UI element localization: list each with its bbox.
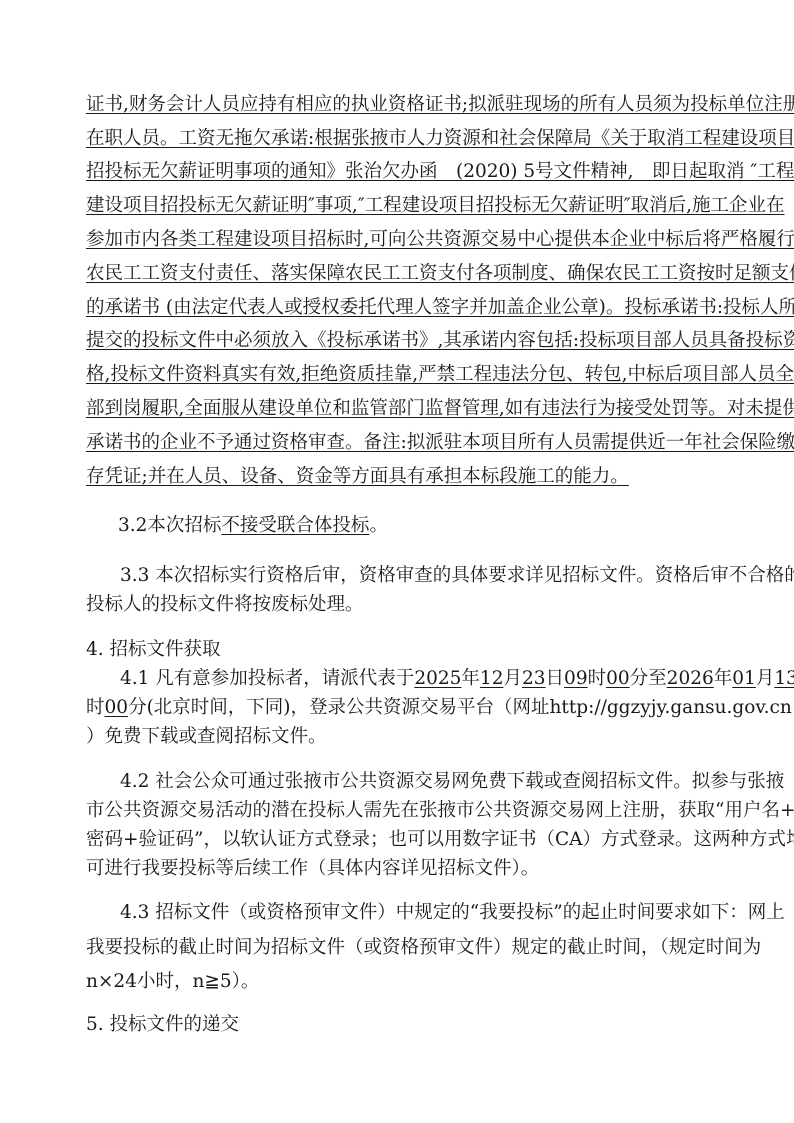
section-4-2-line: 4.2 社会公众可通过张掖市公共资源交易网免费下载或查阅招标文件。拟参与张掖 xyxy=(120,770,706,794)
start-month: 12 xyxy=(480,668,504,689)
section-4-3-line: n×24小时，n≧5）。 xyxy=(86,970,259,994)
text-line: 存凭证;并在人员、设备、资金等方面具有承担本标段施工的能力。 xyxy=(86,465,629,489)
text: 日 xyxy=(546,668,565,689)
section-4-3-line: 我要投标的截止时间为招标文件（或资格预审文件）规定的截止时间，（规定时间为 xyxy=(86,936,761,960)
text-line: 证书,财务会计人员应持有相应的执业资格证书;拟派驻现场的所有人员须为投标单位注册 xyxy=(86,93,706,117)
text-line: 参加市内各类工程建设项目招标时,可向公共资源交易中心提供本企业中标后将严格履行 xyxy=(86,228,706,252)
text: 时 xyxy=(588,668,607,689)
document-page: 证书,财务会计人员应持有相应的执业资格证书;拟派驻现场的所有人员须为投标单位注册… xyxy=(0,0,794,1123)
section-3-2-prefix: 3.2本次招标 xyxy=(118,515,221,536)
section-5-heading: 5. 投标文件的递交 xyxy=(86,1013,239,1037)
end-day: 13 xyxy=(774,668,794,689)
text-line: 农民工工资支付责任、落实保障农民工工资支付各项制度、确保农民工工资按时足额支付 xyxy=(86,262,706,286)
section-3-3-line: 投标人的投标文件将按废标处理。 xyxy=(86,593,364,617)
text-line: 的承诺书 (由法定代表人或授权委托代理人签字并加盖企业公章)。投标承诺书:投标人… xyxy=(86,296,706,320)
no-consortium-bidding-text: 不接受联合体投标 xyxy=(221,515,369,536)
text-line: 承诺书的企业不予通过资格审查。备注:拟派驻本项目所有人员需提供近一年社会保险缴 xyxy=(86,431,706,455)
section-3-3-line: 3.3 本次招标实行资格后审，资格审查的具体要求详见招标文件。资格后审不合格的 xyxy=(120,564,706,588)
text: 4.1 凡有意参加投标者，请派代表于 xyxy=(120,668,414,689)
start-minute: 00 xyxy=(606,668,630,689)
section-3-2-paragraph: 3.2本次招标不接受联合体投标。 xyxy=(118,514,388,538)
start-year: 2025 xyxy=(414,668,461,689)
section-4-3-line: 4.3 招标文件（或资格预审文件）中规定的“我要投标”的起止时间要求如下：网上 xyxy=(120,901,706,925)
section-3-2-suffix: 。 xyxy=(369,515,388,536)
start-day: 23 xyxy=(522,668,546,689)
start-hour: 09 xyxy=(564,668,588,689)
text: 时 xyxy=(86,697,105,718)
text-line: 部到岗履职,全面服从建设单位和监管部门监督管理,如有违法行为接受处罚等。对未提供 xyxy=(86,397,706,421)
section-4-2-line: 可进行我要投标等后续工作（具体内容详见招标文件）。 xyxy=(86,857,539,881)
end-year: 2026 xyxy=(667,668,714,689)
section-4-1-line-1: 4.1 凡有意参加投标者，请派代表于2025年12月23日09时00分至2026… xyxy=(120,667,706,691)
end-month: 01 xyxy=(732,668,756,689)
portal-url-text: 分(北京时间，下同)，登录公共资源交易平台（网址http://ggzyjy.ga… xyxy=(128,697,792,718)
section-4-1-line-2: 时00分(北京时间，下同)，登录公共资源交易平台（网址http://ggzyjy… xyxy=(86,696,792,720)
end-minute: 00 xyxy=(105,697,129,718)
text: 月 xyxy=(756,668,775,689)
section-4-2-line: 市公共资源交易活动的潜在投标人需先在张掖市公共资源交易网上注册，获取“用户名+ xyxy=(86,799,706,823)
text-line: 提交的投标文件中必须放入《投标承诺书》,其承诺内容包括:投标项目部人员具备投标资 xyxy=(86,329,706,353)
text-line: 招投标无欠薪证明事项的通知》张治欠办函 (2020) 5号文件精神, 即日起取消… xyxy=(86,160,706,184)
section-4-2-line: 密码+验证码”，以软认证方式登录；也可以用数字证书（CA）方式登录。这两种方式均 xyxy=(86,828,706,852)
text: 月 xyxy=(503,668,522,689)
text: 年 xyxy=(461,668,480,689)
section-4-1-line-3: ）免费下载或查阅招标文件。 xyxy=(86,725,327,749)
text-line: 在职人员。工资无拖欠承诺:根据张掖市人力资源和社会保障局《关于取消工程建设项目 xyxy=(86,127,706,151)
text: 分至 xyxy=(630,668,667,689)
text: 年 xyxy=(714,668,733,689)
section-4-heading: 4. 招标文件获取 xyxy=(86,638,221,662)
text-line: 格,投标文件资料真实有效,拒绝资质挂靠,严禁工程违法分包、转包,中标后项目部人员… xyxy=(86,363,706,387)
text-line: 建设项目招投标无欠薪证明″事项,″工程建设项目招投标无欠薪证明″取消后,施工企业… xyxy=(86,194,706,218)
